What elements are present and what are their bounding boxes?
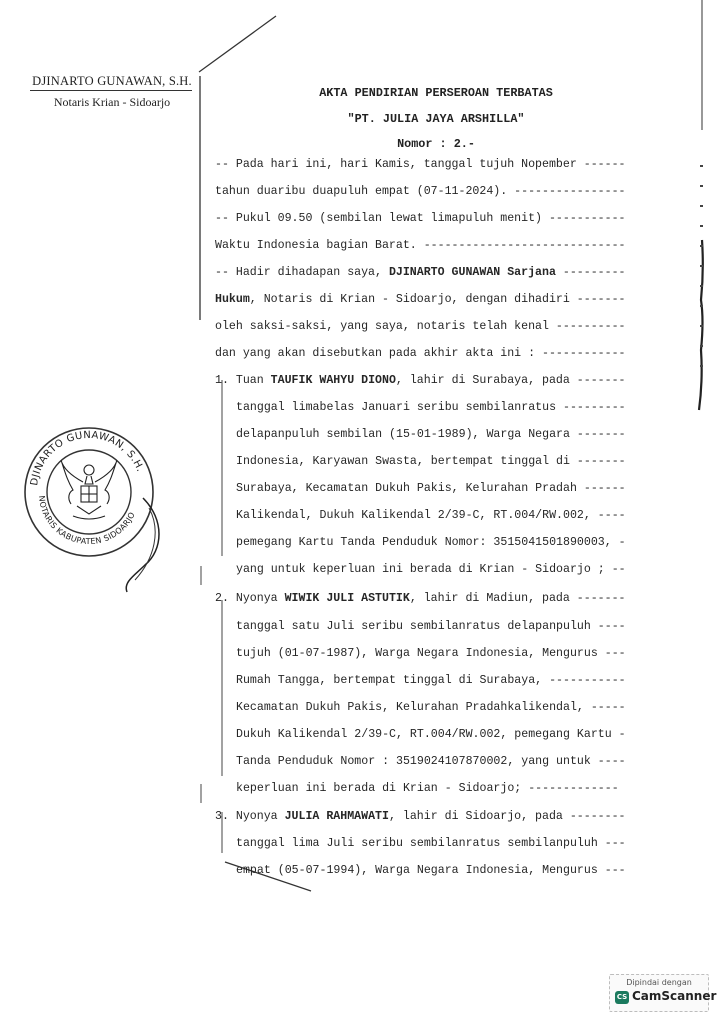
edge-mark <box>700 245 703 247</box>
opening-line: Waktu Indonesia bagian Barat. ----------… <box>215 239 626 252</box>
camscanner-brand: CamScanner <box>632 989 716 1003</box>
party-2-line: tanggal satu Juli seribu sembilanratus d… <box>236 620 626 633</box>
party-text: , lahir di Madiun, pada ------- <box>410 592 626 605</box>
party-3-heading: 3. Nyonya JULIA RAHMAWATI, lahir di Sido… <box>215 810 626 823</box>
party-1-line: Kalikendal, Dukuh Kalikendal 2/39-C, RT.… <box>236 509 626 522</box>
edge-mark <box>700 225 703 227</box>
notary-bold-title: Hukum <box>215 293 250 306</box>
party-1-line: delapanpuluh sembilan (15-01-1989), Warg… <box>236 428 626 441</box>
camscanner-logo-icon: CS <box>615 991 629 1004</box>
edge-mark <box>700 305 703 307</box>
appearance-text: , Notaris di Krian - Sidoarjo, dengan di… <box>250 293 626 306</box>
deed-number: Nomor : 2.- <box>216 137 656 151</box>
edge-mark <box>700 265 703 267</box>
opening-line: tahun duaribu duapuluh empat (07-11-2024… <box>215 185 626 198</box>
edge-mark <box>700 165 703 167</box>
edge-mark <box>700 325 703 327</box>
party-1-line: Surabaya, Kecamatan Dukuh Pakis, Kelurah… <box>236 482 626 495</box>
party-2-line: Rumah Tangga, bertempat tinggal di Surab… <box>236 674 626 687</box>
party-prefix: 2. Nyonya <box>215 592 285 605</box>
notary-bold-name: DJINARTO GUNAWAN Sarjana <box>389 266 556 279</box>
edge-mark <box>700 365 703 367</box>
document-page: DJINARTO GUNAWAN, S.H. Notaris Krian - S… <box>0 0 724 1024</box>
party-2-line: Tanda Penduduk Nomor : 3519024107870002,… <box>236 755 626 768</box>
edge-mark <box>700 345 703 347</box>
party-name: JULIA RAHMAWATI <box>285 810 389 823</box>
party-3-line: tanggal lima Juli seribu sembilanratus s… <box>236 837 626 850</box>
party-name: WIWIK JULI ASTUTIK <box>285 592 410 605</box>
party-text: , lahir di Surabaya, pada ------- <box>396 374 626 387</box>
appearance-line: -- Hadir dihadapan saya, DJINARTO GUNAWA… <box>215 266 626 279</box>
party-2-line: Kecamatan Dukuh Pakis, Kelurahan Pradahk… <box>236 701 626 714</box>
appearance-text: -- Hadir dihadapan saya, <box>215 266 389 279</box>
party-name: TAUFIK WAHYU DIONO <box>271 374 396 387</box>
appearance-line: dan yang akan disebutkan pada akhir akta… <box>215 347 626 360</box>
party-3-line: empat (05-07-1994), Warga Negara Indones… <box>236 864 626 877</box>
party-prefix: 1. Tuan <box>215 374 271 387</box>
party-1-heading: 1. Tuan TAUFIK WAHYU DIONO, lahir di Sur… <box>215 374 626 387</box>
appearance-text: --------- <box>556 266 626 279</box>
opening-line: -- Pukul 09.50 (sembilan lewat limapuluh… <box>215 212 626 225</box>
party-text: , lahir di Sidoarjo, pada -------- <box>389 810 626 823</box>
edge-mark <box>700 285 703 287</box>
svg-text:NOTARIS KABUPATEN SIDOARJO: NOTARIS KABUPATEN SIDOARJO <box>37 495 137 546</box>
party-prefix: 3. Nyonya <box>215 810 285 823</box>
scanned-with-label: Dipindai dengan <box>610 978 708 987</box>
party-1-line: pemegang Kartu Tanda Penduduk Nomor: 351… <box>236 536 626 549</box>
party-2-heading: 2. Nyonya WIWIK JULI ASTUTIK, lahir di M… <box>215 592 626 605</box>
appearance-line: Hukum, Notaris di Krian - Sidoarjo, deng… <box>215 293 626 306</box>
opening-line: -- Pada hari ini, hari Kamis, tanggal tu… <box>215 158 626 171</box>
notary-stamp-icon: DJINARTO GUNAWAN, S.H. NOTARIS KABUPATEN… <box>15 420 175 600</box>
party-1-line: Indonesia, Karyawan Swasta, bertempat ti… <box>236 455 626 468</box>
edge-mark <box>700 205 703 207</box>
party-1-line: tanggal limabelas Januari seribu sembila… <box>236 401 626 414</box>
edge-mark <box>700 185 703 187</box>
party-2-line: Dukuh Kalikendal 2/39-C, RT.004/RW.002, … <box>236 728 626 741</box>
party-1-line: yang untuk keperluan ini berada di Krian… <box>236 563 626 576</box>
camscanner-watermark: Dipindai dengan CS CamScanner <box>609 974 709 1012</box>
party-2-line: tujuh (01-07-1987), Warga Negara Indones… <box>236 647 626 660</box>
party-2-line: keperluan ini berada di Krian - Sidoarjo… <box>236 782 619 795</box>
document-title: AKTA PENDIRIAN PERSEROAN TERBATAS <box>216 86 656 100</box>
company-name: "PT. JULIA JAYA ARSHILLA" <box>216 112 656 126</box>
appearance-line: oleh saksi-saksi, yang saya, notaris tel… <box>215 320 626 333</box>
